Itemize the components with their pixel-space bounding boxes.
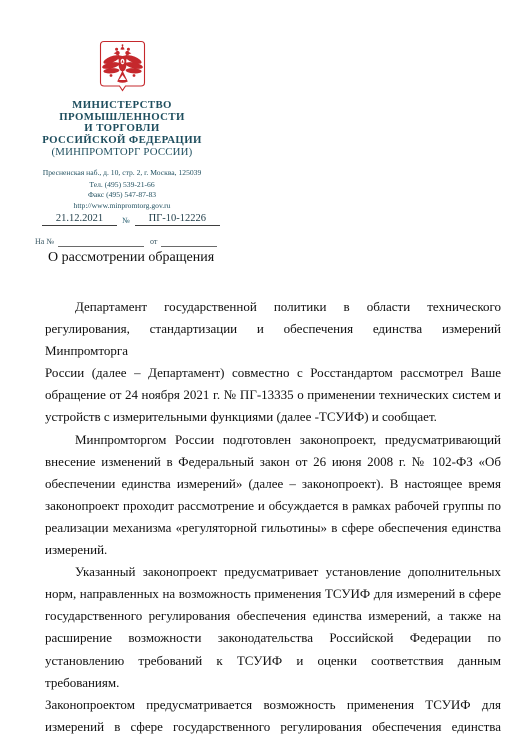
russia-coat-of-arms-icon — [99, 40, 146, 92]
reply-number-label: На № — [35, 237, 54, 247]
body-line: реализации механизма «регуляторной гильо… — [45, 517, 501, 539]
body-line: Департамент государственной политики в о… — [45, 296, 501, 318]
body-line: внесение изменений в Федеральный закон о… — [45, 451, 501, 473]
body-line: расширение возможности законодательства … — [45, 627, 501, 649]
paragraph: Минпромторгом России подготовлен законоп… — [45, 429, 501, 562]
body-line: обращение от 24 ноября 2021 г. № ПГ-1333… — [45, 384, 501, 406]
body-line: измерений в сфере государственного регул… — [45, 716, 501, 738]
body-line: государственного регулирования обеспечен… — [45, 605, 501, 627]
body-paragraphs: Департамент государственной политики в о… — [45, 296, 501, 738]
ministry-fax: Факс (495) 547-87-83 — [18, 190, 226, 200]
number-sign: № — [117, 216, 135, 226]
body-line: законопроект проходит рассмотрение и обс… — [45, 495, 501, 517]
body-line: Указанный законопроект предусматривает у… — [45, 561, 501, 583]
document-page: МИНИСТЕРСТВО ПРОМЫШЛЕННОСТИ И ТОРГОВЛИ Р… — [0, 0, 532, 750]
ministry-short-name: (МИНПРОМТОРГ РОССИИ) — [18, 147, 226, 159]
ministry-address: Пресненская наб., д. 10, стр. 2, г. Моск… — [18, 168, 226, 178]
reply-from-label: от — [150, 237, 157, 247]
reference-row: 21.12.2021 № ПГ-10-12226 — [42, 213, 220, 226]
letter-subject: О рассмотрении обращения — [48, 250, 214, 266]
paragraph: Указанный законопроект предусматривает у… — [45, 561, 501, 738]
body-line: установлению требований к ТСУИФ и оценки… — [45, 650, 501, 694]
letter-number: ПГ-10-12226 — [135, 213, 220, 226]
reply-number-blank — [58, 236, 144, 247]
ministry-website: http://www.minpromtorg.gov.ru — [18, 201, 226, 211]
body-line: норм, направленных на возможность примен… — [45, 583, 501, 605]
body-line: России (далее – Департамент) совместно с… — [45, 362, 501, 384]
body-line: обеспечении единства измерений» (далее –… — [45, 473, 501, 495]
ministry-phone: Тел. (495) 539-21-66 — [18, 180, 226, 190]
paragraph: Департамент государственной политики в о… — [45, 296, 501, 429]
ministry-name-line: РОССИЙСКОЙ ФЕДЕРАЦИИ — [18, 135, 226, 147]
reply-reference-row: На № от — [35, 236, 217, 247]
body-line: устройств с измерительными функциями (да… — [45, 406, 501, 428]
letter-date: 21.12.2021 — [42, 213, 117, 226]
body-line: Законопроектом предусматривается возможн… — [45, 694, 501, 716]
reply-date-blank — [161, 236, 217, 247]
body-line: измерений. — [45, 539, 501, 561]
ministry-name: МИНИСТЕРСТВО ПРОМЫШЛЕННОСТИ И ТОРГОВЛИ Р… — [18, 100, 226, 159]
letterhead: МИНИСТЕРСТВО ПРОМЫШЛЕННОСТИ И ТОРГОВЛИ Р… — [18, 40, 226, 211]
body-line: Минпромторгом России подготовлен законоп… — [45, 429, 501, 451]
body-line: регулирования, стандартизации и обеспече… — [45, 318, 501, 362]
ministry-name-line: МИНИСТЕРСТВО — [18, 100, 226, 112]
